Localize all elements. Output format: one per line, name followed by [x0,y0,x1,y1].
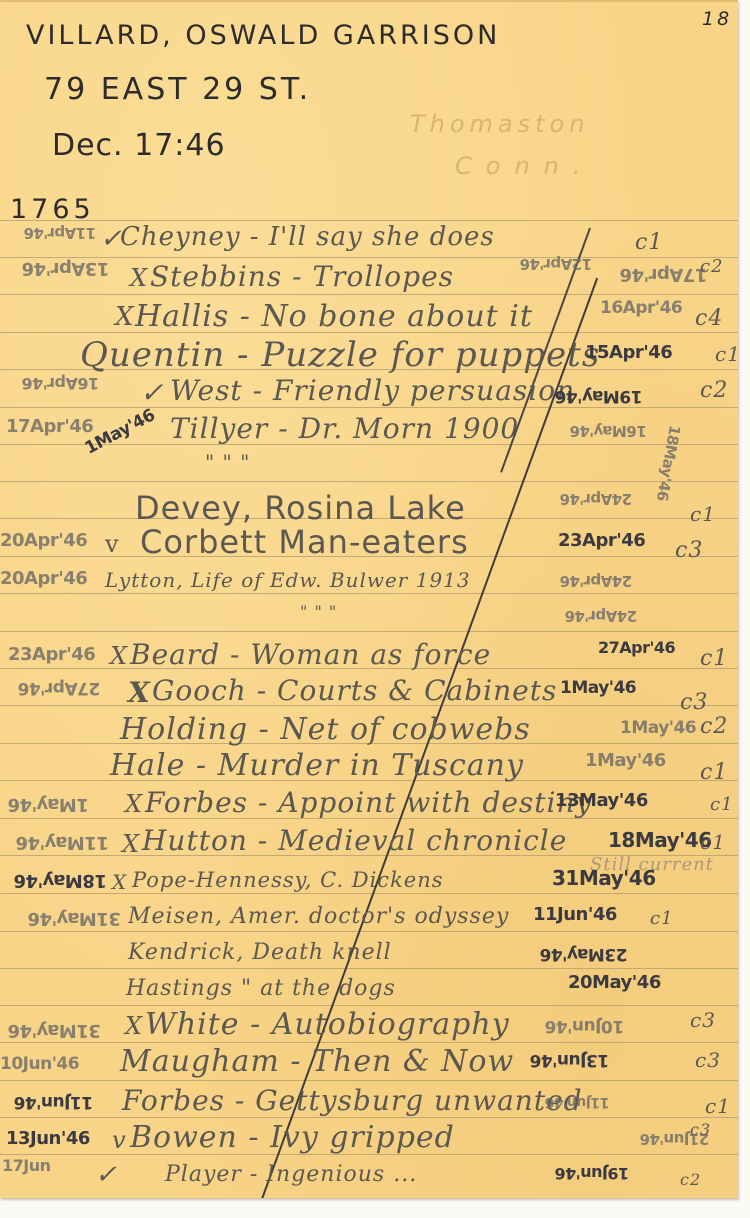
entry-mark: ✓ [95,1160,118,1190]
stamp-in: 1May'46 [560,678,636,698]
entry-mark: X [122,830,140,858]
entry-mark: v [112,1126,127,1154]
entry-code: c3 [675,538,703,563]
ruled-line [0,1117,738,1118]
entry-title: Kendrick, Death knell [128,940,392,965]
entry-mark: X [130,264,148,292]
stamp-out: 13Apr'46 [22,258,109,279]
ruled-line [0,1005,738,1006]
ruled-line [0,631,738,632]
entry-title: " " " [205,450,250,474]
entry-title: Meisen, Amer. doctor's odyssey [128,904,509,929]
entry-code: c1 [700,760,728,785]
entry-title: Stebbins - Trollopes [150,260,454,293]
account-number: 1765 [10,194,95,225]
stamp-in: 18May'46 [608,828,712,852]
stamp-out: 11Jun'46 [14,1092,93,1112]
stamp-out: 31May'46 [28,908,121,929]
entry-code: c2 [700,378,728,403]
card-number: 18 [702,8,732,30]
stamp-out: 31May'46 [8,1020,101,1041]
ruled-line [0,294,738,295]
stamp-in: 1May'46 [585,750,666,771]
stamp-in: 17Apr'46 [620,264,707,285]
entry-title: Holding - Net of cobwebs [120,712,531,747]
stamp-in: 24Apr'46 [565,607,637,625]
ruled-line [0,257,738,258]
entry-code: c3 [680,690,708,715]
stamp-in: 16Apr'46 [600,298,682,318]
entry-title: Forbes - Appoint with destiny [145,786,592,819]
stamp-in: 31May'46 [552,866,656,890]
entry-title: Maugham - Then & Now [120,1044,514,1079]
entry-code: c1 [700,830,726,854]
borrower-name: VILLARD, OSWALD GARRISON [26,20,500,51]
entry-code: c1 [690,502,716,526]
entry-code: c2 [700,256,724,277]
entry-mark: ✓ [140,376,164,409]
entry-title: Devey, Rosina Lake [135,489,466,527]
entry-title: Hastings " at the dogs [126,976,396,1001]
entry-title: " " " [300,602,337,621]
entry-code: c1 [715,342,738,366]
entry-code: c1 [700,646,728,671]
registration-date: Dec. 17:46 [52,128,226,163]
entry-mark: v [105,530,120,558]
ruled-line [0,407,738,408]
entry-title: Lytton, Life of Edw. Bulwer 1913 [105,568,471,592]
stamp-out: 23Apr'46 [8,644,95,665]
entry-code: c3 [695,1048,721,1072]
stamp-out: 1May'46 [8,794,89,815]
entry-title: Hallis - No bone about it [135,299,533,334]
entry-code: c1 [710,794,734,815]
stamp-in: 19May'46 [555,386,642,406]
stamp-in: 11Jun'46 [533,904,617,925]
stamp-out: 17Jun [2,1156,51,1175]
library-borrower-card: VILLARD, OSWALD GARRISON 79 EAST 29 ST. … [0,0,738,1198]
entry-title: Forbes - Gettysburg unwanted [122,1084,583,1117]
entry-title: White - Autobiography [145,1007,510,1042]
stamp-in: 20May'46 [568,972,661,993]
stamp-in: 12Apr'46 [520,255,592,273]
erased-address-line2: Conn. [455,152,595,180]
entry-mark: X [115,302,135,332]
borrower-address: 79 EAST 29 ST. [44,72,311,107]
ruled-line [0,481,738,482]
ruled-line [0,893,738,894]
entry-title: Bowen - Ivy gripped [130,1120,455,1155]
entry-title: Beard - Woman as force [130,638,491,671]
stamp-in: 24Apr'46 [560,572,632,590]
ruled-line [0,593,738,594]
entry-code: c2 [680,1170,701,1189]
entry-mark: X [125,1012,143,1040]
stamp-out: 27Apr'46 [18,678,100,698]
entry-title: Cheyney - I'll say she does [120,222,495,252]
stamp-in: 1May'46 [620,718,696,738]
entry-title: Hutton - Medieval chronicle [142,824,567,857]
stamp-in: 23May'46 [540,944,627,964]
ruled-line [0,931,738,932]
stamp-out: 18May'46 [14,870,107,891]
stamp-in: 16May'46 [570,422,647,440]
entry-title: Hale - Murder in Tuscany [110,748,524,783]
erased-address-line1: Thomaston [410,110,589,138]
ruled-line [0,1042,738,1043]
entry-title: Gooch - Courts & Cabinets [152,674,557,707]
ruled-line [0,220,738,221]
entry-code: c1 [705,1094,731,1118]
stamp-in: 15Apr'46 [585,342,672,363]
stamp-in: 27Apr'46 [598,638,675,657]
stamp-out: 20Apr'46 [0,568,87,589]
ruled-line [0,1080,738,1081]
stamp-out: 11Apr'46 [24,224,96,242]
entry-mark: X [125,790,143,818]
stamp-in: 18May'46 [653,424,684,503]
entry-mark: X [112,870,127,894]
stamp-in: 24Apr'46 [560,490,632,508]
entry-mark: X [110,642,128,670]
stamp-in: 11Jun'46 [545,1094,609,1110]
stamp-in: 13Jun'46 [530,1050,609,1070]
stamp-out: 11May'46 [16,832,109,853]
stamp-out: 13Jun'46 [6,1128,90,1149]
stamp-out: 17Apr'46 [6,416,93,437]
entry-code: c1 [650,908,674,929]
entry-title: Quentin - Puzzle for puppets [80,335,600,375]
stamp-in: 19Jun'46 [555,1164,629,1183]
entry-code: c3 [690,1008,716,1032]
entry-mark: X [128,676,151,709]
stamp-out: 10Jun'46 [0,1054,79,1074]
ruled-line [0,968,738,969]
stamp-out: 20Apr'46 [0,530,87,551]
entry-code: c2 [700,714,728,739]
entry-title: Pope-Hennessy, C. Dickens [132,868,444,892]
entry-title: Corbett Man-eaters [140,523,469,561]
entry-title: Tillyer - Dr. Morn 1900 [170,412,519,445]
entry-code: c4 [695,306,723,331]
stamp-out: 16Apr'46 [22,374,99,393]
entry-title: West - Friendly persuasion [170,374,575,407]
stamp-in: 10Jun'46 [545,1016,624,1036]
entry-code: c3 [690,1120,711,1139]
stamp-in: 13May'46 [555,790,648,811]
stamp-in: 23Apr'46 [558,530,645,551]
entry-title: Player - Ingenious ... [165,1162,417,1187]
entry-code: c1 [635,230,663,255]
